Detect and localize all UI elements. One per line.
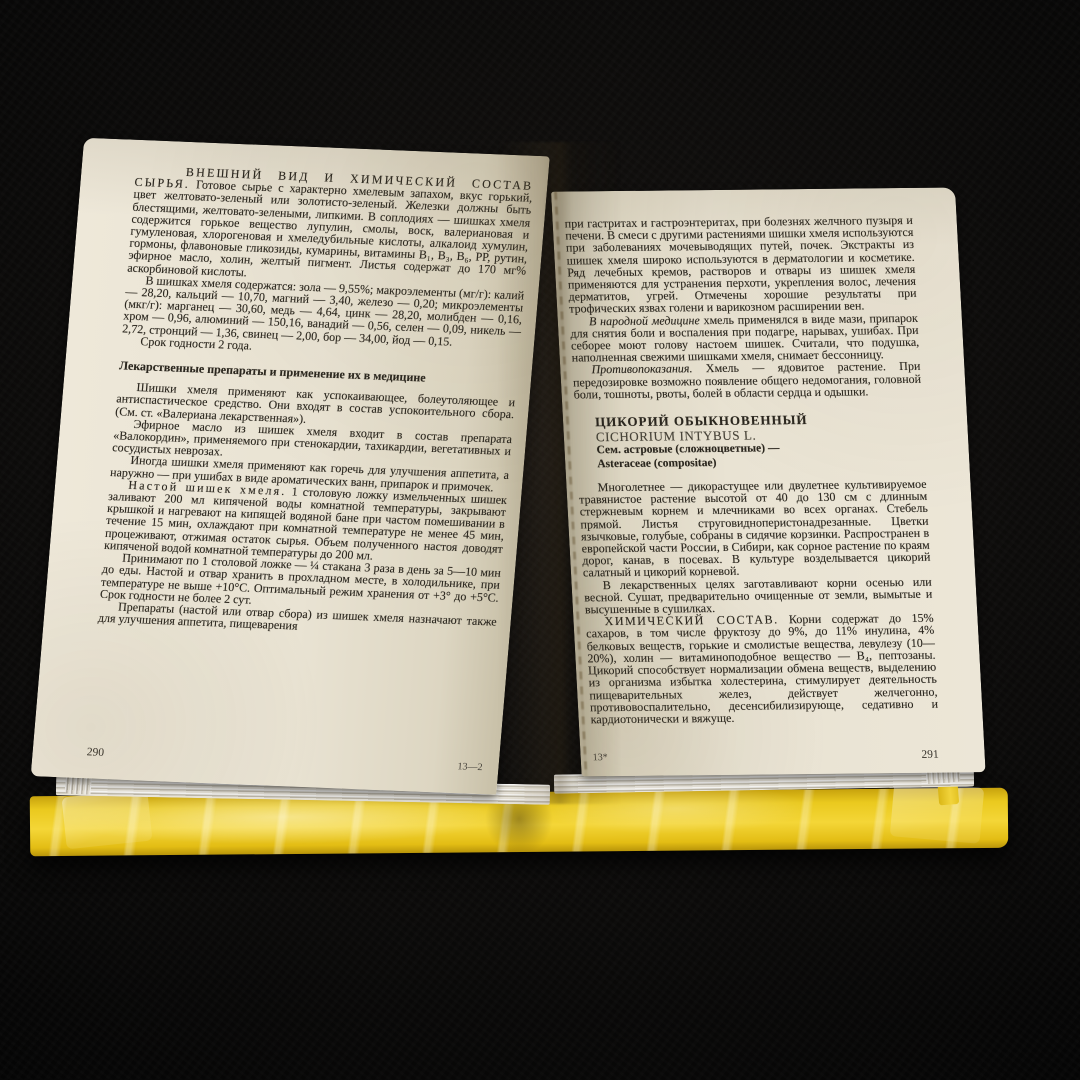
left-page-footer: 290 13—2: [86, 746, 483, 774]
photo-background: ВНЕШНИЙ ВИД И ХИМИЧЕСКИЙ СОСТАВ СЫРЬЯ. Г…: [0, 0, 1080, 1080]
paragraph: Многолетнее — дикорастущее или двулетнее…: [578, 478, 931, 579]
right-page-footer: 13* 291: [592, 748, 939, 764]
cover-corner-flap-right: [890, 780, 985, 844]
right-page: при гастритах и гастроэнтеритах, при бол…: [551, 187, 986, 776]
paragraph: В народной медицине хмель применялся в в…: [569, 311, 920, 363]
paragraph: В лекарственных целях заготавливают корн…: [583, 575, 933, 615]
paragraph: ВНЕШНИЙ ВИД И ХИМИЧЕСКИЙ СОСТАВ СЫРЬЯ. Г…: [127, 164, 534, 290]
page-number: 290: [86, 746, 104, 759]
right-page-paragraphs-top: при гастритах и гастроэнтеритах, при бол…: [564, 214, 922, 401]
print-signature: 13—2: [457, 761, 483, 774]
left-page: ВНЕШНИЙ ВИД И ХИМИЧЕСКИЙ СОСТАВ СЫРЬЯ. Г…: [31, 138, 550, 795]
species-heading-block: ЦИКОРИЙ ОБЫКНОВЕННЫЙ CICHORIUM INTYBUS L…: [575, 411, 926, 472]
print-signature: 13*: [592, 752, 608, 764]
right-page-text: при гастритах и гастроэнтеритах, при бол…: [551, 187, 983, 725]
page-number: 291: [921, 748, 939, 760]
species-family-latin: Asteraceae (compositae): [597, 454, 926, 471]
right-page-paragraphs-bottom: Многолетнее — дикорастущее или двулетнее…: [578, 478, 939, 726]
cover-corner-flap-left: [62, 789, 153, 850]
paragraph: Противопоказания. Хмель — ядовитое расте…: [572, 360, 922, 400]
paragraph: при гастритах и гастроэнтеритах, при бол…: [564, 214, 917, 315]
right-page-paper: при гастритах и гастроэнтеритах, при бол…: [551, 187, 986, 776]
left-page-paper: ВНЕШНИЙ ВИД И ХИМИЧЕСКИЙ СОСТАВ СЫРЬЯ. Г…: [31, 138, 550, 795]
paragraph: ХИМИЧЕСКИЙ СОСТАВ. Корни содержат до 15%…: [585, 612, 939, 725]
left-page-text: ВНЕШНИЙ ВИД И ХИМИЧЕСКИЙ СОСТАВ СЫРЬЯ. Г…: [44, 138, 550, 641]
